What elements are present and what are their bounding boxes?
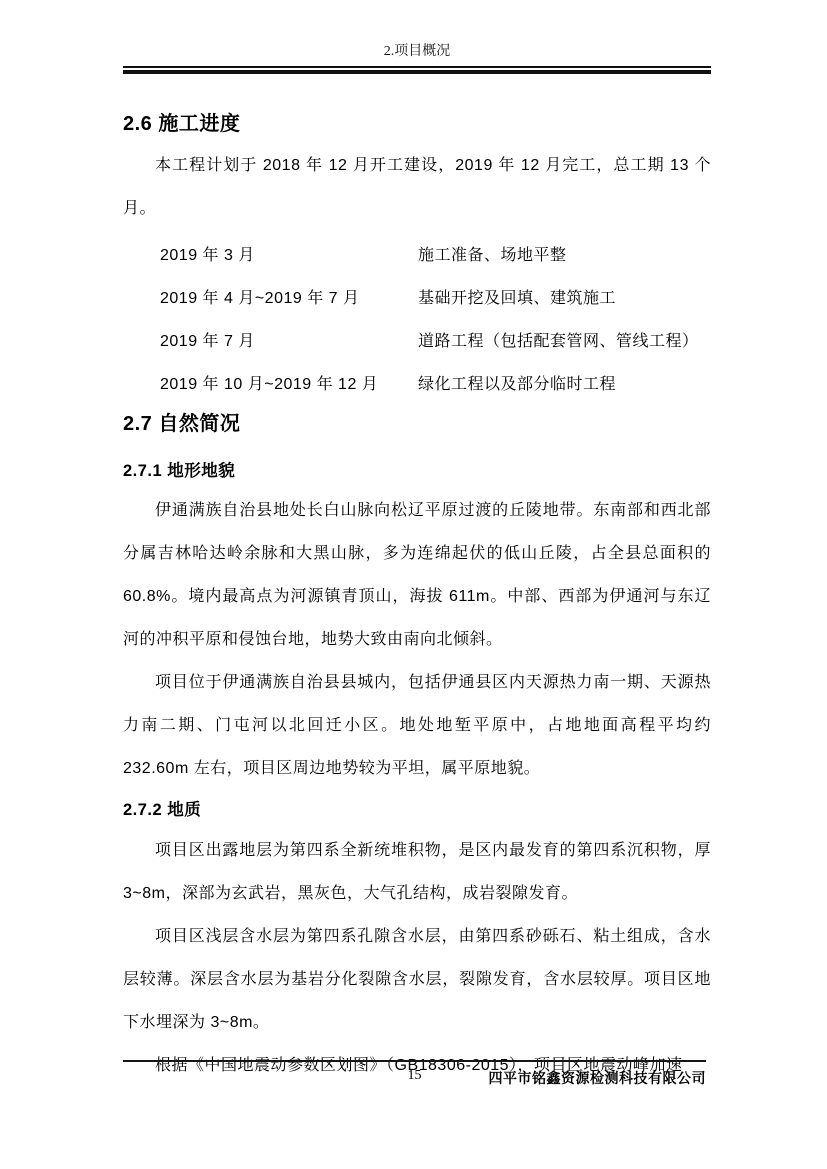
geology-paragraph-2: 项目区浅层含水层为第四系孔隙含水层，由第四系砂砾石、粘土组成，含水层较薄。深层含… bbox=[123, 915, 711, 1044]
terrain-paragraph-1: 伊通满族自治县地处长白山脉向松辽平原过渡的丘陵地带。东南部和西北部分属吉林哈达岭… bbox=[123, 489, 711, 661]
schedule-row: 2019 年 10 月~2019 年 12 月 绿化工程以及部分临时工程 bbox=[123, 363, 711, 406]
running-header-title: 2.项目概况 bbox=[123, 44, 711, 60]
header-rule-thick-line bbox=[123, 70, 711, 74]
footer-row: 15 四平市铭鑫资源检测科技有限公司 bbox=[123, 1068, 706, 1086]
construction-schedule-intro: 本工程计划于 2018 年 12 月开工建设，2019 年 12 月完工，总工期… bbox=[123, 144, 711, 230]
schedule-row: 2019 年 3 月 施工准备、场地平整 bbox=[123, 234, 711, 277]
terrain-paragraph-2: 项目位于伊通满族自治县县城内，包括伊通县区内天源热力南一期、天源热力南二期、门屯… bbox=[123, 661, 711, 790]
construction-schedule-list: 2019 年 3 月 施工准备、场地平整 2019 年 4 月~2019 年 7… bbox=[123, 234, 711, 406]
schedule-row: 2019 年 4 月~2019 年 7 月 基础开挖及回填、建筑施工 bbox=[123, 277, 711, 320]
schedule-activity: 基础开挖及回填、建筑施工 bbox=[418, 277, 711, 320]
geology-paragraph-1: 项目区出露地层为第四系全新统堆积物，是区内最发育的第四系沉积物，厚 3~8m，深… bbox=[123, 829, 711, 915]
section-2-7-1-heading: 2.7.1 地形地貌 bbox=[123, 461, 711, 481]
schedule-date: 2019 年 10 月~2019 年 12 月 bbox=[160, 363, 418, 406]
section-2-7-heading: 2.7 自然简况 bbox=[123, 412, 711, 436]
schedule-row: 2019 年 7 月 道路工程（包括配套管网、管线工程） bbox=[123, 320, 711, 363]
schedule-date: 2019 年 4 月~2019 年 7 月 bbox=[160, 277, 418, 320]
schedule-date: 2019 年 3 月 bbox=[160, 234, 418, 277]
header-rule-thin-line bbox=[123, 66, 711, 68]
schedule-activity: 施工准备、场地平整 bbox=[418, 234, 711, 277]
document-page: 2.项目概况 2.6 施工进度 本工程计划于 2018 年 12 月开工建设，2… bbox=[0, 0, 827, 1169]
schedule-date: 2019 年 7 月 bbox=[160, 320, 418, 363]
page-footer: 15 四平市铭鑫资源检测科技有限公司 bbox=[123, 1060, 706, 1086]
section-2-7-2-heading: 2.7.2 地质 bbox=[123, 800, 711, 820]
section-2-6-heading: 2.6 施工进度 bbox=[123, 112, 711, 136]
page-header: 2.项目概况 bbox=[123, 0, 711, 74]
schedule-activity: 绿化工程以及部分临时工程 bbox=[418, 363, 711, 406]
schedule-activity: 道路工程（包括配套管网、管线工程） bbox=[418, 320, 711, 363]
company-name: 四平市铭鑫资源检测科技有限公司 bbox=[489, 1068, 707, 1088]
footer-rule bbox=[123, 1060, 706, 1062]
header-rule bbox=[123, 66, 711, 74]
